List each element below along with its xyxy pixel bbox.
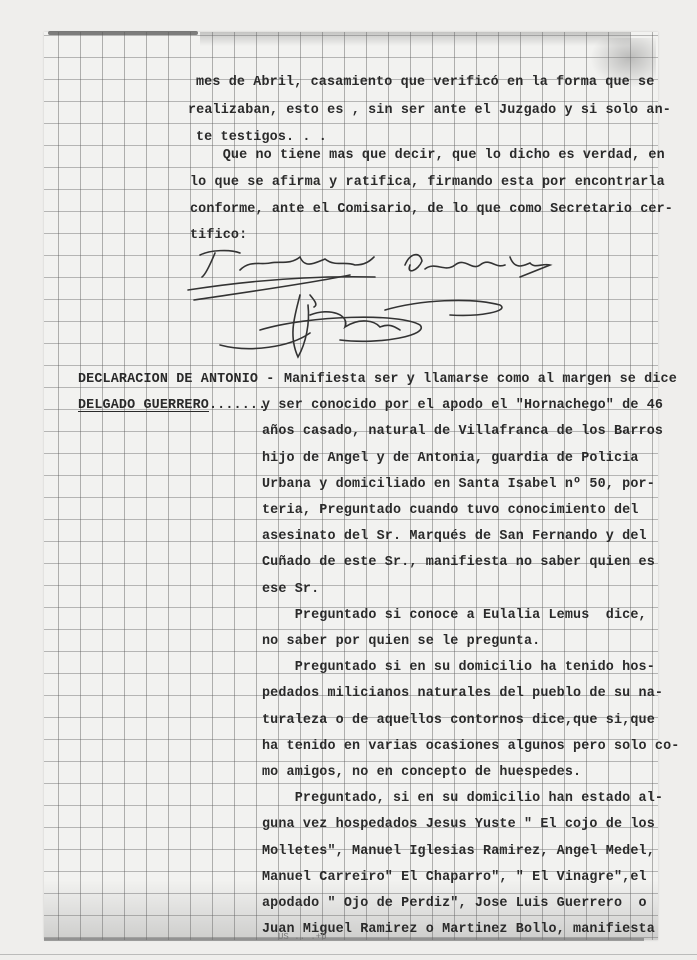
declaration-line: años casado, natural de Villafranca de l… — [262, 424, 663, 439]
continuation-line: mes de Abril, casamiento que verificó en… — [196, 75, 654, 90]
closing-paragraph-line: lo que se afirma y ratifica, firmando es… — [190, 175, 665, 190]
declaration-line: guna vez hospedados Jesus Yuste " El coj… — [262, 817, 655, 832]
continuation-line: realizaban, esto es , sin ser ante el Ju… — [188, 103, 671, 118]
declaration-line: mo amigos, no en concepto de huespedes. — [262, 765, 581, 780]
margin-heading-line-2: DELGADO GUERRERO....... — [78, 398, 266, 413]
declaration-line: Manuel Carreiro" El Chaparro", " El Vina… — [262, 870, 647, 885]
paper-top-edge-shadow — [48, 31, 198, 35]
handwritten-signatures: Teófilo Becerra Eulalia Lemus J. Fuentes — [180, 235, 580, 375]
declaration-line: apodado " Ojo de Perdiz", Jose Luis Guer… — [262, 896, 647, 911]
continuation-line: te testigos. . . — [196, 130, 327, 145]
declaration-line: pedados milicianos naturales del pueblo … — [262, 686, 663, 701]
declaration-line: Preguntado si en su domicilio ha tenido … — [262, 660, 655, 675]
declaration-line: ese Sr. — [262, 582, 319, 597]
declaration-line: hijo de Angel y de Antonia, guardia de P… — [262, 451, 639, 466]
declaration-line: no saber por quien se le pregunta. — [262, 634, 540, 649]
leader-dots: ....... — [209, 398, 266, 413]
declaration-line: asesinato del Sr. Marqués de San Fernand… — [262, 529, 647, 544]
declaration-line: Cuñado de este Sr., manifiesta no saber … — [262, 555, 655, 570]
paper-top-smudge — [200, 32, 630, 46]
closing-paragraph-line: conforme, ante el Comisario, de lo que c… — [190, 202, 673, 217]
declaration-line: Urbana y domiciliado en Santa Isabel nº … — [262, 477, 655, 492]
declaration-line: turaleza o de aquellos contornos dice,qu… — [262, 713, 655, 728]
paper-bottom-edge — [44, 938, 644, 941]
declaration-line: y ser conocido por el apodo el "Hornache… — [262, 398, 663, 413]
declaration-line: ha tenido en varias ocasiones algunos pe… — [262, 739, 679, 754]
footer-mark: US .. .+0 — [278, 932, 327, 942]
declarant-name: DELGADO GUERRERO — [78, 398, 209, 413]
margin-heading-line-1: DECLARACION DE ANTONIO - — [78, 372, 274, 387]
closing-paragraph-line: Que no tiene mas que decir, que lo dicho… — [190, 148, 665, 163]
declaration-line: Preguntado, si en su domicilio han estad… — [262, 791, 663, 806]
declaration-line: Preguntado si conoce a Eulalia Lemus dic… — [262, 608, 647, 623]
declaration-line: Molletes", Manuel Iglesias Ramirez, Ange… — [262, 844, 655, 859]
margin-heading-text: DECLARACION DE ANTONIO - — [78, 372, 274, 387]
declaration-line: Manifiesta ser y llamarse como al margen… — [284, 372, 677, 387]
declaration-line: teria, Preguntado cuando tuvo conocimien… — [262, 503, 639, 518]
